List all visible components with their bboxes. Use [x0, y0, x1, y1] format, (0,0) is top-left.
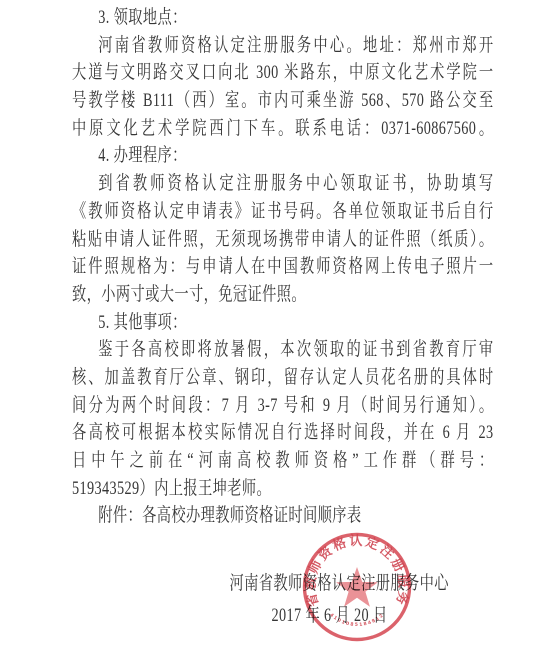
text-line: 3. 领取地点： [72, 4, 494, 32]
document-page: 3. 领取地点：河南省教师资格认定注册服务中心。地址：郑州市郑开大道与文明路交叉… [0, 0, 535, 654]
text-line: 鉴于各高校即将放暑假，本次领取的证书到省教育厅审 [72, 336, 494, 364]
scan-text-layer: 3. 领取地点：河南省教师资格认定注册服务中心。地址：郑州市郑开大道与文明路交叉… [0, 0, 535, 654]
text-line: 日中午之前在“河南高校教师资格”工作群（群号： [72, 447, 494, 475]
text-line: 致，小两寸或大一寸，免冠证件照。 [72, 281, 494, 309]
seal-serial-number: 4101085184812 [328, 612, 385, 628]
text-line: 核、加盖教育厅公章、钢印，留存认定人员花名册的具体时 [72, 364, 494, 392]
text-line: 《教师资格认定申请表》证书号码。各单位领取证书后自行 [72, 198, 494, 226]
text-line: 证件照规格为：与申请人在中国教师资格网上传电子照片一 [72, 253, 494, 281]
text-line: 大道与文明路交叉口向北 300 米路东，中原文化艺术学院一 [72, 59, 494, 87]
text-line: 519343529）内上报王坤老师。 [72, 475, 494, 503]
text-line: 粘贴申请人证件照，无须现场携带申请人的证件照（纸质）。 [72, 226, 494, 254]
text-line: 间分为两个时间段：7 月 3-7 号和 9 月（时间另行通知）。 [72, 392, 494, 420]
text-line: 附件：各高校办理教师资格证时间顺序表 [72, 502, 494, 530]
text-line: 各高校可根据本校实际情况自行选择时间段，并在 6 月 23 [72, 419, 494, 447]
star-icon [336, 567, 378, 607]
text-line: 到省教师资格认定注册服务中心领取证书，协助填写 [72, 170, 494, 198]
official-seal: 河南省教师资格认定注册服务中心 4101085184812 [301, 531, 413, 643]
text-line: 4. 办理程序： [72, 142, 494, 170]
text-line: 号教学楼 B111（西）室。市内可乘坐游 568、570 路公交至 [72, 87, 494, 115]
text-line: 中原文化艺术学院西门下车。联系电话：0371-60867560。 [72, 115, 494, 143]
text-line: 河南省教师资格认定注册服务中心。地址：郑州市郑开 [72, 32, 494, 60]
document-body: 3. 领取地点：河南省教师资格认定注册服务中心。地址：郑州市郑开大道与文明路交叉… [72, 4, 494, 530]
text-line: 5. 其他事项： [72, 309, 494, 337]
